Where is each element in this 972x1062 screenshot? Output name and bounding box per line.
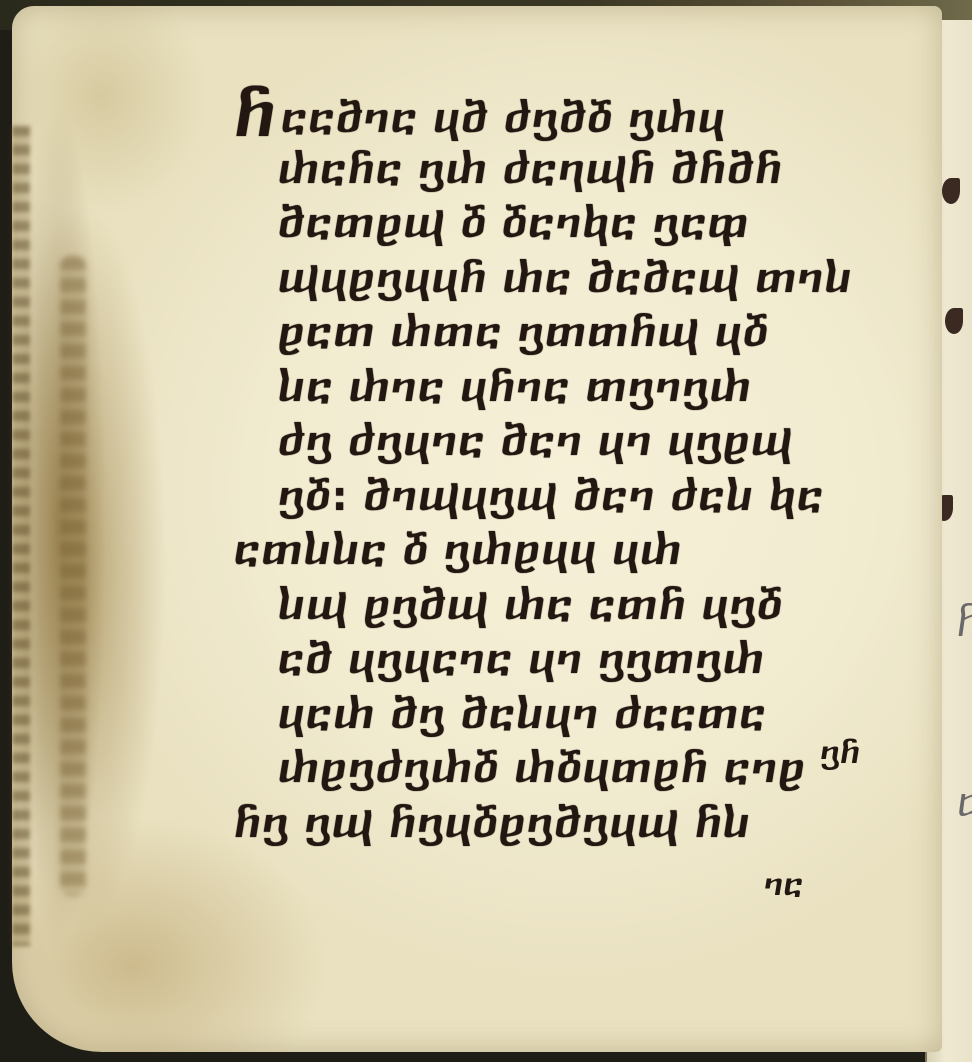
thread-mark [942, 178, 960, 204]
text-line-6: ⴑⴀ ⴐⴈⴀ ⴗⴌⴈⴀ ⴇⴂⴈⴂⴐ [234, 361, 864, 416]
text-line-13: ⴐⴒⴂⴛⴂⴐⴃ ⴐⴃⴗⴇⴒⴌ ⴀⴈⴒ [234, 742, 864, 797]
manuscript-text: ⴌⴀⴀⴋⴈⴀ ⴗⴋ ⴛⴂⴋⴃ ⴂⴐⴗ ⴐⴀⴌⴀ ⴂⴐ ⴛⴀⴄⴓⴌ ⴋⴌⴋⴌ ⴋⴀ… [234, 88, 864, 851]
text-line-12: ⴗⴀⴐ ⴋⴂ ⴋⴀⴑⴗⴈ ⴛⴀⴀⴇⴀ [234, 688, 864, 743]
text-line-10: ⴑⴓ ⴒⴂⴋⴓ ⴐⴀ ⴀⴇⴌ ⴗⴂⴃ [234, 579, 864, 634]
text-line-14: ⴌⴂ ⴂⴓ ⴌⴂⴗⴃⴒⴂⴋⴂⴗⴓ ⴌⴑ [234, 797, 864, 852]
line-continuation: ⴈⴀ [764, 868, 803, 903]
thread-mark [945, 308, 963, 334]
facing-page-letter: ⴌ [957, 600, 972, 646]
decorated-initial: ⴌ [234, 88, 277, 143]
photo-scene: ⴌ ⴀ ⴌⴀⴀⴋⴈⴀ ⴗⴋ ⴛⴂⴋⴃ ⴂⴐⴗ ⴐⴀⴌⴀ ⴂⴐ ⴛⴀⴄⴓⴌ ⴋⴌⴋ… [0, 0, 972, 1062]
text-line-9: ⴀⴇⴑⴑⴀ ⴃ ⴂⴐⴒⴗⴗ ⴗⴐ [234, 524, 864, 579]
text-line-8: ⴂⴃ: ⴋⴈⴓⴗⴂⴓ ⴋⴀⴈ ⴛⴀⴑ ⴉⴀ [234, 470, 864, 525]
water-stain-band [60, 256, 86, 896]
text-line-11: ⴀⴋ ⴗⴂⴗⴀⴈⴀ ⴗⴈ ⴂⴂⴇⴂⴐ [234, 633, 864, 688]
facing-page-letter: ⴀ [957, 780, 972, 826]
text-line-content: ⴀⴀⴋⴈⴀ ⴗⴋ ⴛⴂⴋⴃ ⴂⴐⴗ [281, 96, 726, 142]
manuscript-page: ⴌⴀⴀⴋⴈⴀ ⴗⴋ ⴛⴂⴋⴃ ⴂⴐⴗ ⴐⴀⴌⴀ ⴂⴐ ⴛⴀⴄⴓⴌ ⴋⴌⴋⴌ ⴋⴀ… [12, 6, 942, 1052]
text-line-3: ⴋⴀⴇⴒⴓ ⴃ ⴃⴀⴈⴉⴀ ⴂⴀⴔ [234, 197, 864, 252]
text-line-4: ⴓⴗⴒⴂⴗⴗⴌ ⴐⴀ ⴋⴀⴋⴀⴓ ⴇⴈⴑ [234, 252, 864, 307]
water-stain-edge [12, 126, 30, 946]
text-line-5: ⴒⴀⴇ ⴐⴇⴀ ⴂⴇⴇⴌⴓ ⴗⴃ [234, 306, 864, 361]
text-line-7: ⴛⴂ ⴛⴂⴗⴈⴀ ⴋⴀⴈ ⴗⴈ ⴗⴂⴒⴓ [234, 415, 864, 470]
text-line-1: ⴌⴀⴀⴋⴈⴀ ⴗⴋ ⴛⴂⴋⴃ ⴂⴐⴗ [234, 88, 864, 143]
text-line-2: ⴐⴀⴌⴀ ⴂⴐ ⴛⴀⴄⴓⴌ ⴋⴌⴋⴌ [234, 143, 864, 198]
superscript-note: ⴂⴌ [820, 736, 860, 771]
